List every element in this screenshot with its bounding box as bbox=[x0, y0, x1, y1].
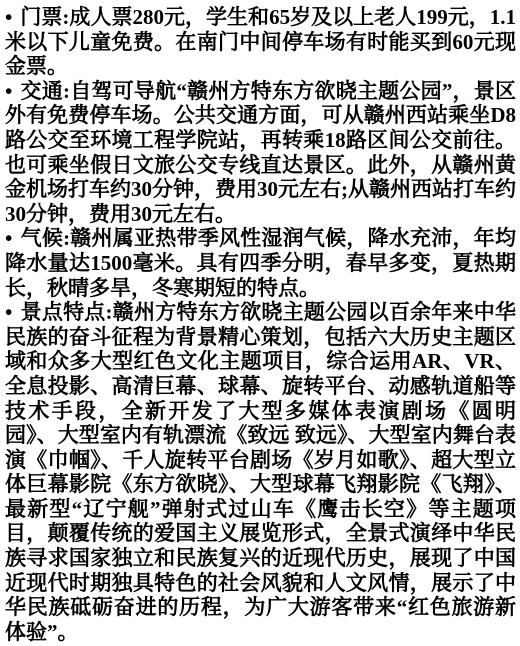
paragraph-features-text: 赣州方特东方欲晓主题公园以百余年来中华民族的奋斗征程为背景精心策划，包括六大历史… bbox=[5, 300, 516, 644]
bullet-icon: • bbox=[5, 79, 12, 103]
paragraph-climate: •气候:赣州属亚热带季风性湿润气候，降水充沛，年均降水量达1500毫米。具有四季… bbox=[5, 226, 516, 300]
document-body: •门票:成人票280元，学生和65岁及以上老人199元，1.1米以下儿童免费。在… bbox=[0, 0, 520, 646]
paragraph-transport-label: 交通: bbox=[20, 79, 70, 103]
paragraph-tickets-label: 门票: bbox=[20, 5, 69, 29]
paragraph-transport: •交通:自驾可导航“赣州方特东方欲晓主题公园”，景区外有免费停车场。公共交通方面… bbox=[5, 79, 516, 227]
bullet-icon: • bbox=[5, 300, 12, 324]
paragraph-tickets-text: 成人票280元，学生和65岁及以上老人199元，1.1米以下儿童免费。在南门中间… bbox=[5, 5, 516, 78]
paragraph-climate-label: 气候: bbox=[20, 226, 70, 250]
bullet-icon: • bbox=[5, 226, 12, 250]
paragraph-climate-text: 赣州属亚热带季风性湿润气候，降水充沛，年均降水量达1500毫米。具有四季分明，春… bbox=[5, 226, 516, 299]
paragraph-tickets: •门票:成人票280元，学生和65岁及以上老人199元，1.1米以下儿童免费。在… bbox=[5, 5, 516, 79]
paragraph-features-label: 景点特点: bbox=[20, 300, 112, 324]
paragraph-features: •景点特点:赣州方特东方欲晓主题公园以百余年来中华民族的奋斗征程为背景精心策划，… bbox=[5, 300, 516, 644]
paragraph-transport-text: 自驾可导航“赣州方特东方欲晓主题公园”，景区外有免费停车场。公共交通方面，可从赣… bbox=[5, 79, 516, 226]
bullet-icon: • bbox=[5, 5, 12, 29]
